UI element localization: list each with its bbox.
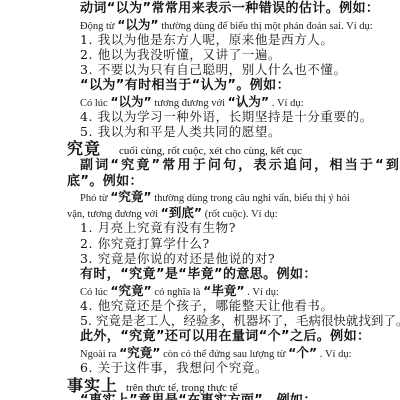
jiujing-intro-zh-1: 副词“究竟”常用于问句，表示追问，相当于“到	[80, 159, 400, 172]
jiujing-example-3: 3. 究竟是你说的对还是他说的对?	[80, 253, 275, 266]
jiujing-example-2: 2. 你究竟打算学什么?	[80, 238, 210, 251]
shishishang-intro-zh: “事实上”意思是“在事实方面”。例如：	[80, 394, 317, 400]
jiujing-heading: 究竟	[67, 139, 101, 158]
jiujing-heading-row: 究竟cuối cùng, rốt cuộc, xét cho cùng, kết…	[67, 141, 302, 158]
jiujing-bijing-vi: Có lúc “究竟” có nghĩa là “毕竟” . Ví dụ:	[80, 285, 279, 299]
example-4: 4. 我以为学习一种外语，长期坚持是十分重要的。	[80, 111, 373, 124]
jiujing-meaning: cuối cùng, rốt cuộc, xét cho cùng, kết c…	[119, 145, 302, 157]
jiujing-example-1: 1. 月亮上究竟有没有生物?	[80, 222, 236, 235]
example-1: 1. 我以为他是东方人呢，原来他是西方人。	[80, 34, 334, 47]
example-2: 2. 他以为我没听懂，又讲了一遍。	[80, 49, 281, 62]
yiwei-renwei-zh: “以为”有时相当于“认为”。例如：	[80, 79, 290, 92]
jiujing-measure-word-vi: Ngoài ra “究竟” còn có thể đứng sau lượng …	[80, 347, 351, 361]
jiujing-example-5: 5. 究竟是老工人，经验多，机器坏了，毛病很快就找到了。	[80, 315, 400, 328]
jiujing-example-6: 6. 关于这件事，我想问个究竟。	[80, 362, 268, 375]
yiwei-intro-vi: Động từ “以为” thường dùng để biểu thị một…	[80, 19, 373, 33]
jiujing-measure-word-zh: 此外，“究竟”还可以用在量词“个”之后。例如：	[80, 330, 370, 343]
jiujing-intro-vi-2: vặn, tương đương với “到底” (rốt cuộc). Ví…	[67, 207, 278, 221]
jiujing-bijing-zh: 有时，“究竟”是“毕竟”的意思。例如：	[80, 268, 317, 281]
jiujing-intro-zh-2: 底”。例如：	[67, 175, 143, 188]
jiujing-example-4: 4. 他究竟还是个孩子，哪能整天让他看书。	[80, 300, 334, 313]
example-5: 5. 我以为和平是人类共同的愿望。	[80, 126, 281, 139]
jiujing-intro-vi-1: Phó từ “究竟” thường dùng trong câu nghi v…	[80, 191, 350, 205]
yiwei-renwei-vi: Có lúc “以为” tương đương với “认为” . Ví dụ…	[80, 96, 304, 110]
example-3: 3. 不要以为只有自己聪明，别人什么也不懂。	[80, 64, 347, 77]
yiwei-intro-zh: 动词“以为”常常用来表示一种错误的估计。例如：	[80, 2, 379, 15]
